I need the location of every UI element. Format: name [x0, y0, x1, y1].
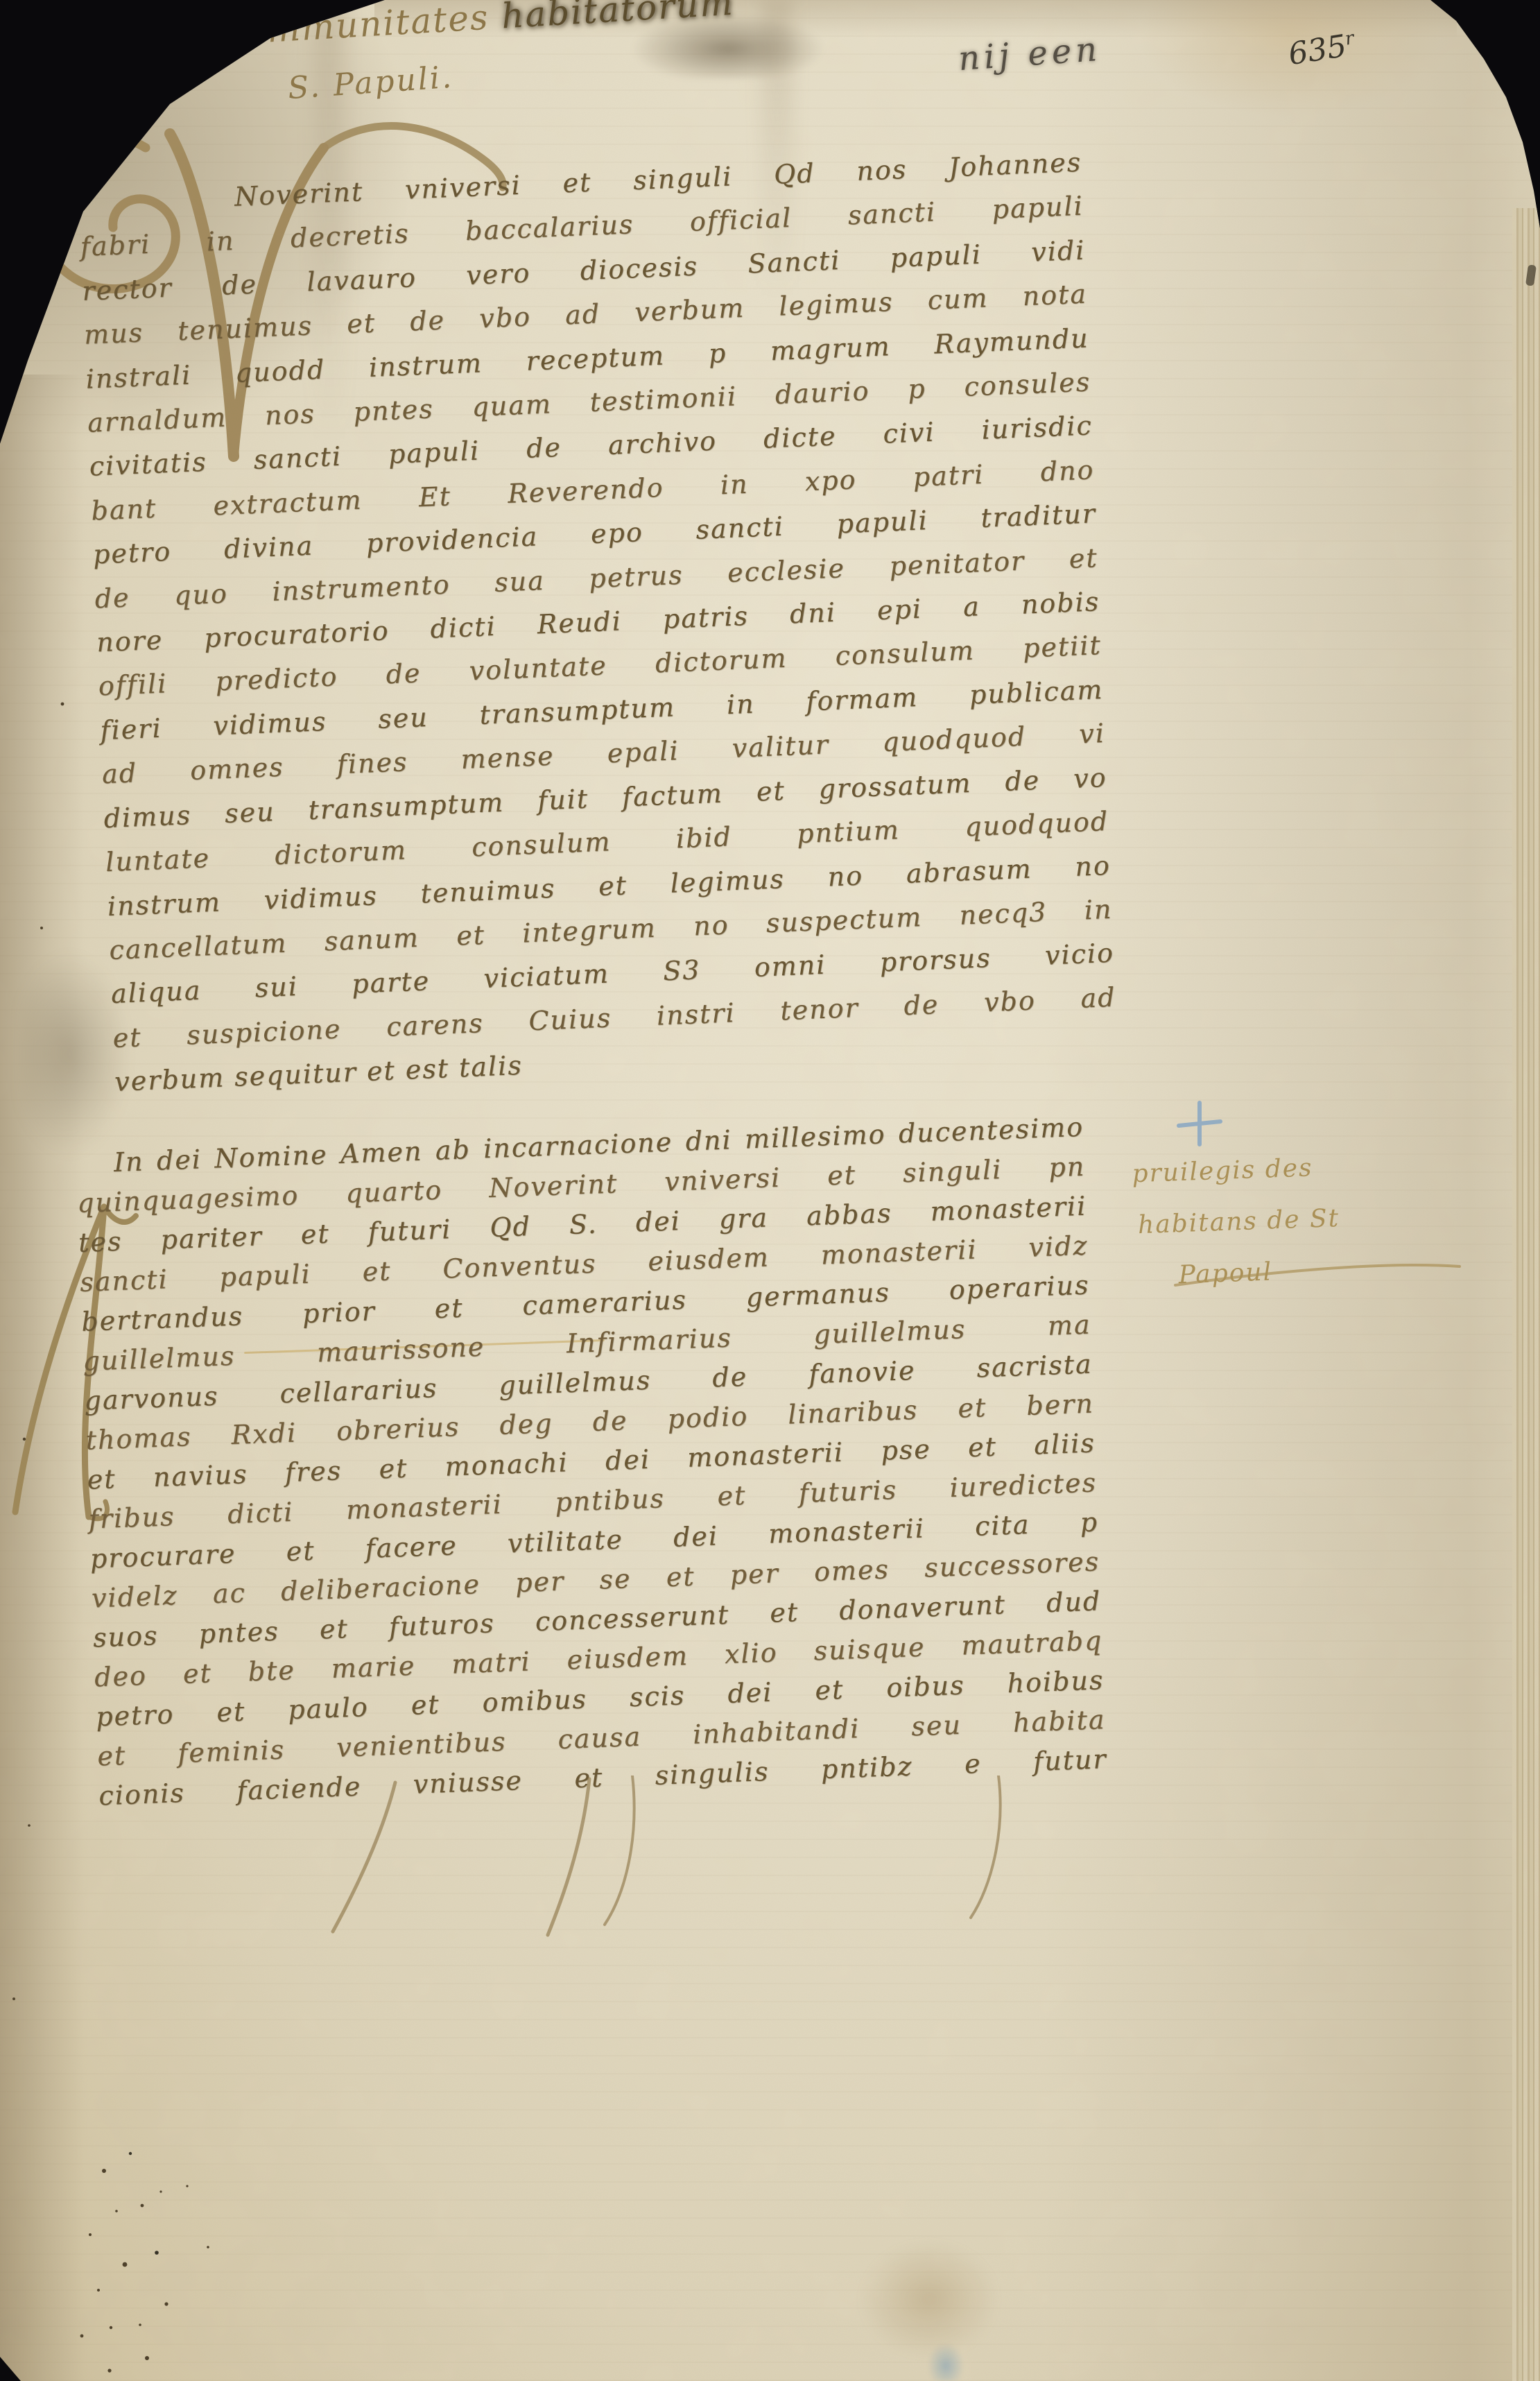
blue-cross-mark-icon	[1175, 1099, 1224, 1148]
page-stack-edge	[1512, 208, 1540, 2381]
blue-smudge	[928, 2343, 964, 2381]
margin-note: pruilegis des habitans de St Papoul	[1131, 1137, 1469, 1303]
stain	[860, 2240, 998, 2358]
margin-note-line: Papoul	[1134, 1240, 1469, 1303]
gutter-shadow	[0, 375, 83, 2381]
text-block-1: Noverint vniversi et singuli Qd nos Joha…	[78, 141, 1118, 1105]
manuscript-scan: { "document": { "kind": "medieval manusc…	[0, 0, 1540, 2381]
ink-speck	[168, 33, 181, 44]
edge-ink-mark	[1513, 78, 1536, 90]
text-block-2: In dei Nomine Amen ab incarnacione dni m…	[75, 1108, 1108, 1816]
parchment-page: Immunitates habitatorum S. Papuli. nij e…	[0, 0, 1540, 2381]
